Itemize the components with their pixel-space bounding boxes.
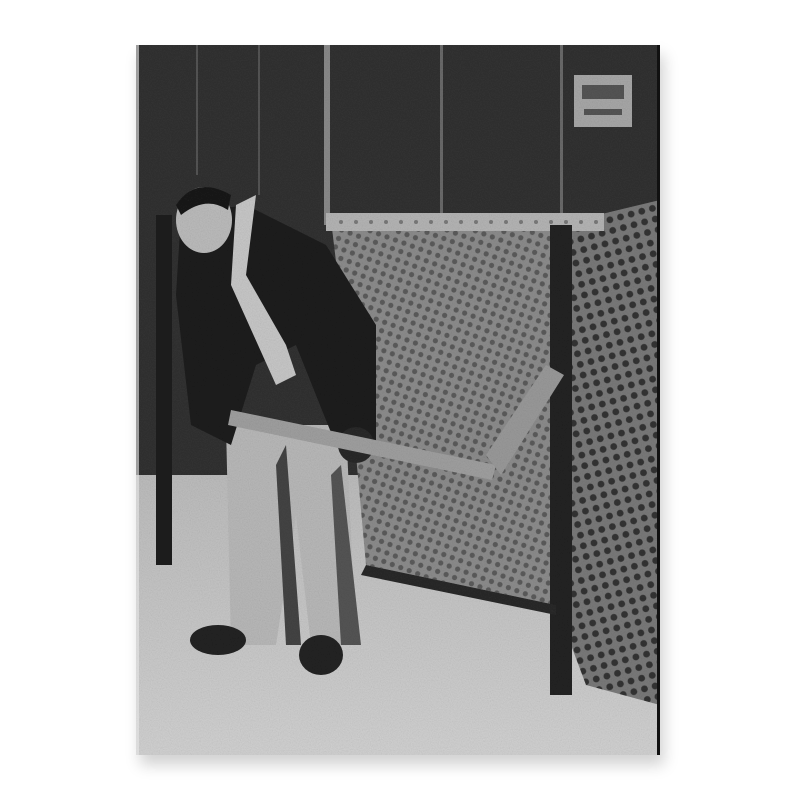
background-pole bbox=[196, 45, 198, 175]
poster-edge-right bbox=[657, 45, 660, 755]
poster-photo bbox=[136, 45, 660, 755]
photo-canvas bbox=[136, 45, 660, 755]
background-pole bbox=[258, 45, 260, 195]
goal-post-right bbox=[550, 225, 572, 695]
background-pole bbox=[324, 45, 330, 225]
player-skate-left bbox=[190, 625, 246, 655]
goal-post-left bbox=[156, 215, 172, 565]
background-pole bbox=[440, 45, 443, 215]
poster-edge-left bbox=[136, 45, 139, 755]
wall-sign bbox=[574, 75, 632, 127]
player-skate-right bbox=[299, 635, 343, 675]
player-glove-left bbox=[196, 383, 232, 427]
